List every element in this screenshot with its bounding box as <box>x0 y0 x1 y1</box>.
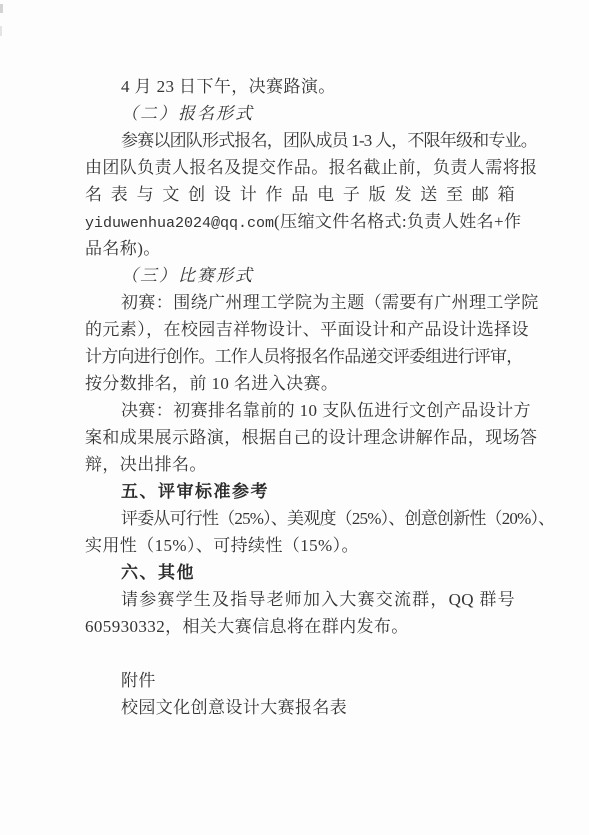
scan-artifact-mark <box>0 4 3 13</box>
preliminary-round-line: 的元素），在校园吉祥物设计、平面设计和产品设计选择设 <box>85 316 515 343</box>
heading-other: 六、其他 <box>85 559 515 586</box>
heading-judging-criteria: 五、评审标准参考 <box>85 478 515 505</box>
final-round-line: 决赛：初赛排名靠前的 10 支队伍进行文创产品设计方 <box>85 397 515 424</box>
qq-group-number-line: 605930332，相关大赛信息将在群内发布。 <box>85 613 515 640</box>
registration-paragraph-line: 参赛以团队形式报名，团队成员 1-3 人，不限年级和专业。 <box>85 127 515 154</box>
final-round-line: 案和成果展示路演，根据自己的设计理念讲解作品，现场答 <box>85 424 515 451</box>
email-line-rest: (压缩文件名格式:负责人姓名+作 <box>274 212 521 231</box>
registration-paragraph-line: 品名称)。 <box>85 235 515 262</box>
final-round-line: 辩，决出排名。 <box>85 451 515 478</box>
scanned-document-page: 4 月 23 日下午，决赛路演。 （二）报名形式 参赛以团队形式报名，团队成员 … <box>0 0 589 835</box>
document-text-block: 4 月 23 日下午，决赛路演。 （二）报名形式 参赛以团队形式报名，团队成员 … <box>85 73 515 721</box>
section-heading-competition-format: （三）比赛形式 <box>85 262 515 289</box>
contact-email: yiduwenhua2024@qq.com <box>85 215 274 232</box>
judging-criteria-line: 评委从可行性（25%）、美观度（25%）、创意创新性（20%）、 <box>85 505 515 532</box>
attachment-title-registration-form: 校园文化创意设计大赛报名表 <box>85 694 515 721</box>
preliminary-round-line: 初赛：围绕广州理工学院为主题（需要有广州理工学院 <box>85 289 515 316</box>
judging-criteria-line: 实用性（15%）、可持续性（15%）。 <box>85 532 515 559</box>
blank-line <box>85 640 515 667</box>
scan-artifact-mark <box>0 26 2 36</box>
qq-group-line-justified: 请参赛学生及指导老师加入大赛交流群，QQ 群号 <box>85 586 515 613</box>
preliminary-round-line: 按分数排名，前 10 名进入决赛。 <box>85 370 515 397</box>
registration-paragraph-line-justified: 名表与文创设计作品电子版发送至邮箱 <box>85 181 515 208</box>
attachment-label: 附件 <box>85 667 515 694</box>
registration-paragraph-line: 由团队负责人报名及提交作品。报名截止前，负责人需将报 <box>85 154 515 181</box>
schedule-final-roadshow-line: 4 月 23 日下午，决赛路演。 <box>85 73 515 100</box>
section-heading-registration-format: （二）报名形式 <box>85 100 515 127</box>
email-line: yiduwenhua2024@qq.com(压缩文件名格式:负责人姓名+作 <box>85 208 515 235</box>
preliminary-round-line: 计方向进行创作。工作人员将报名作品递交评委组进行评审， <box>85 343 515 370</box>
